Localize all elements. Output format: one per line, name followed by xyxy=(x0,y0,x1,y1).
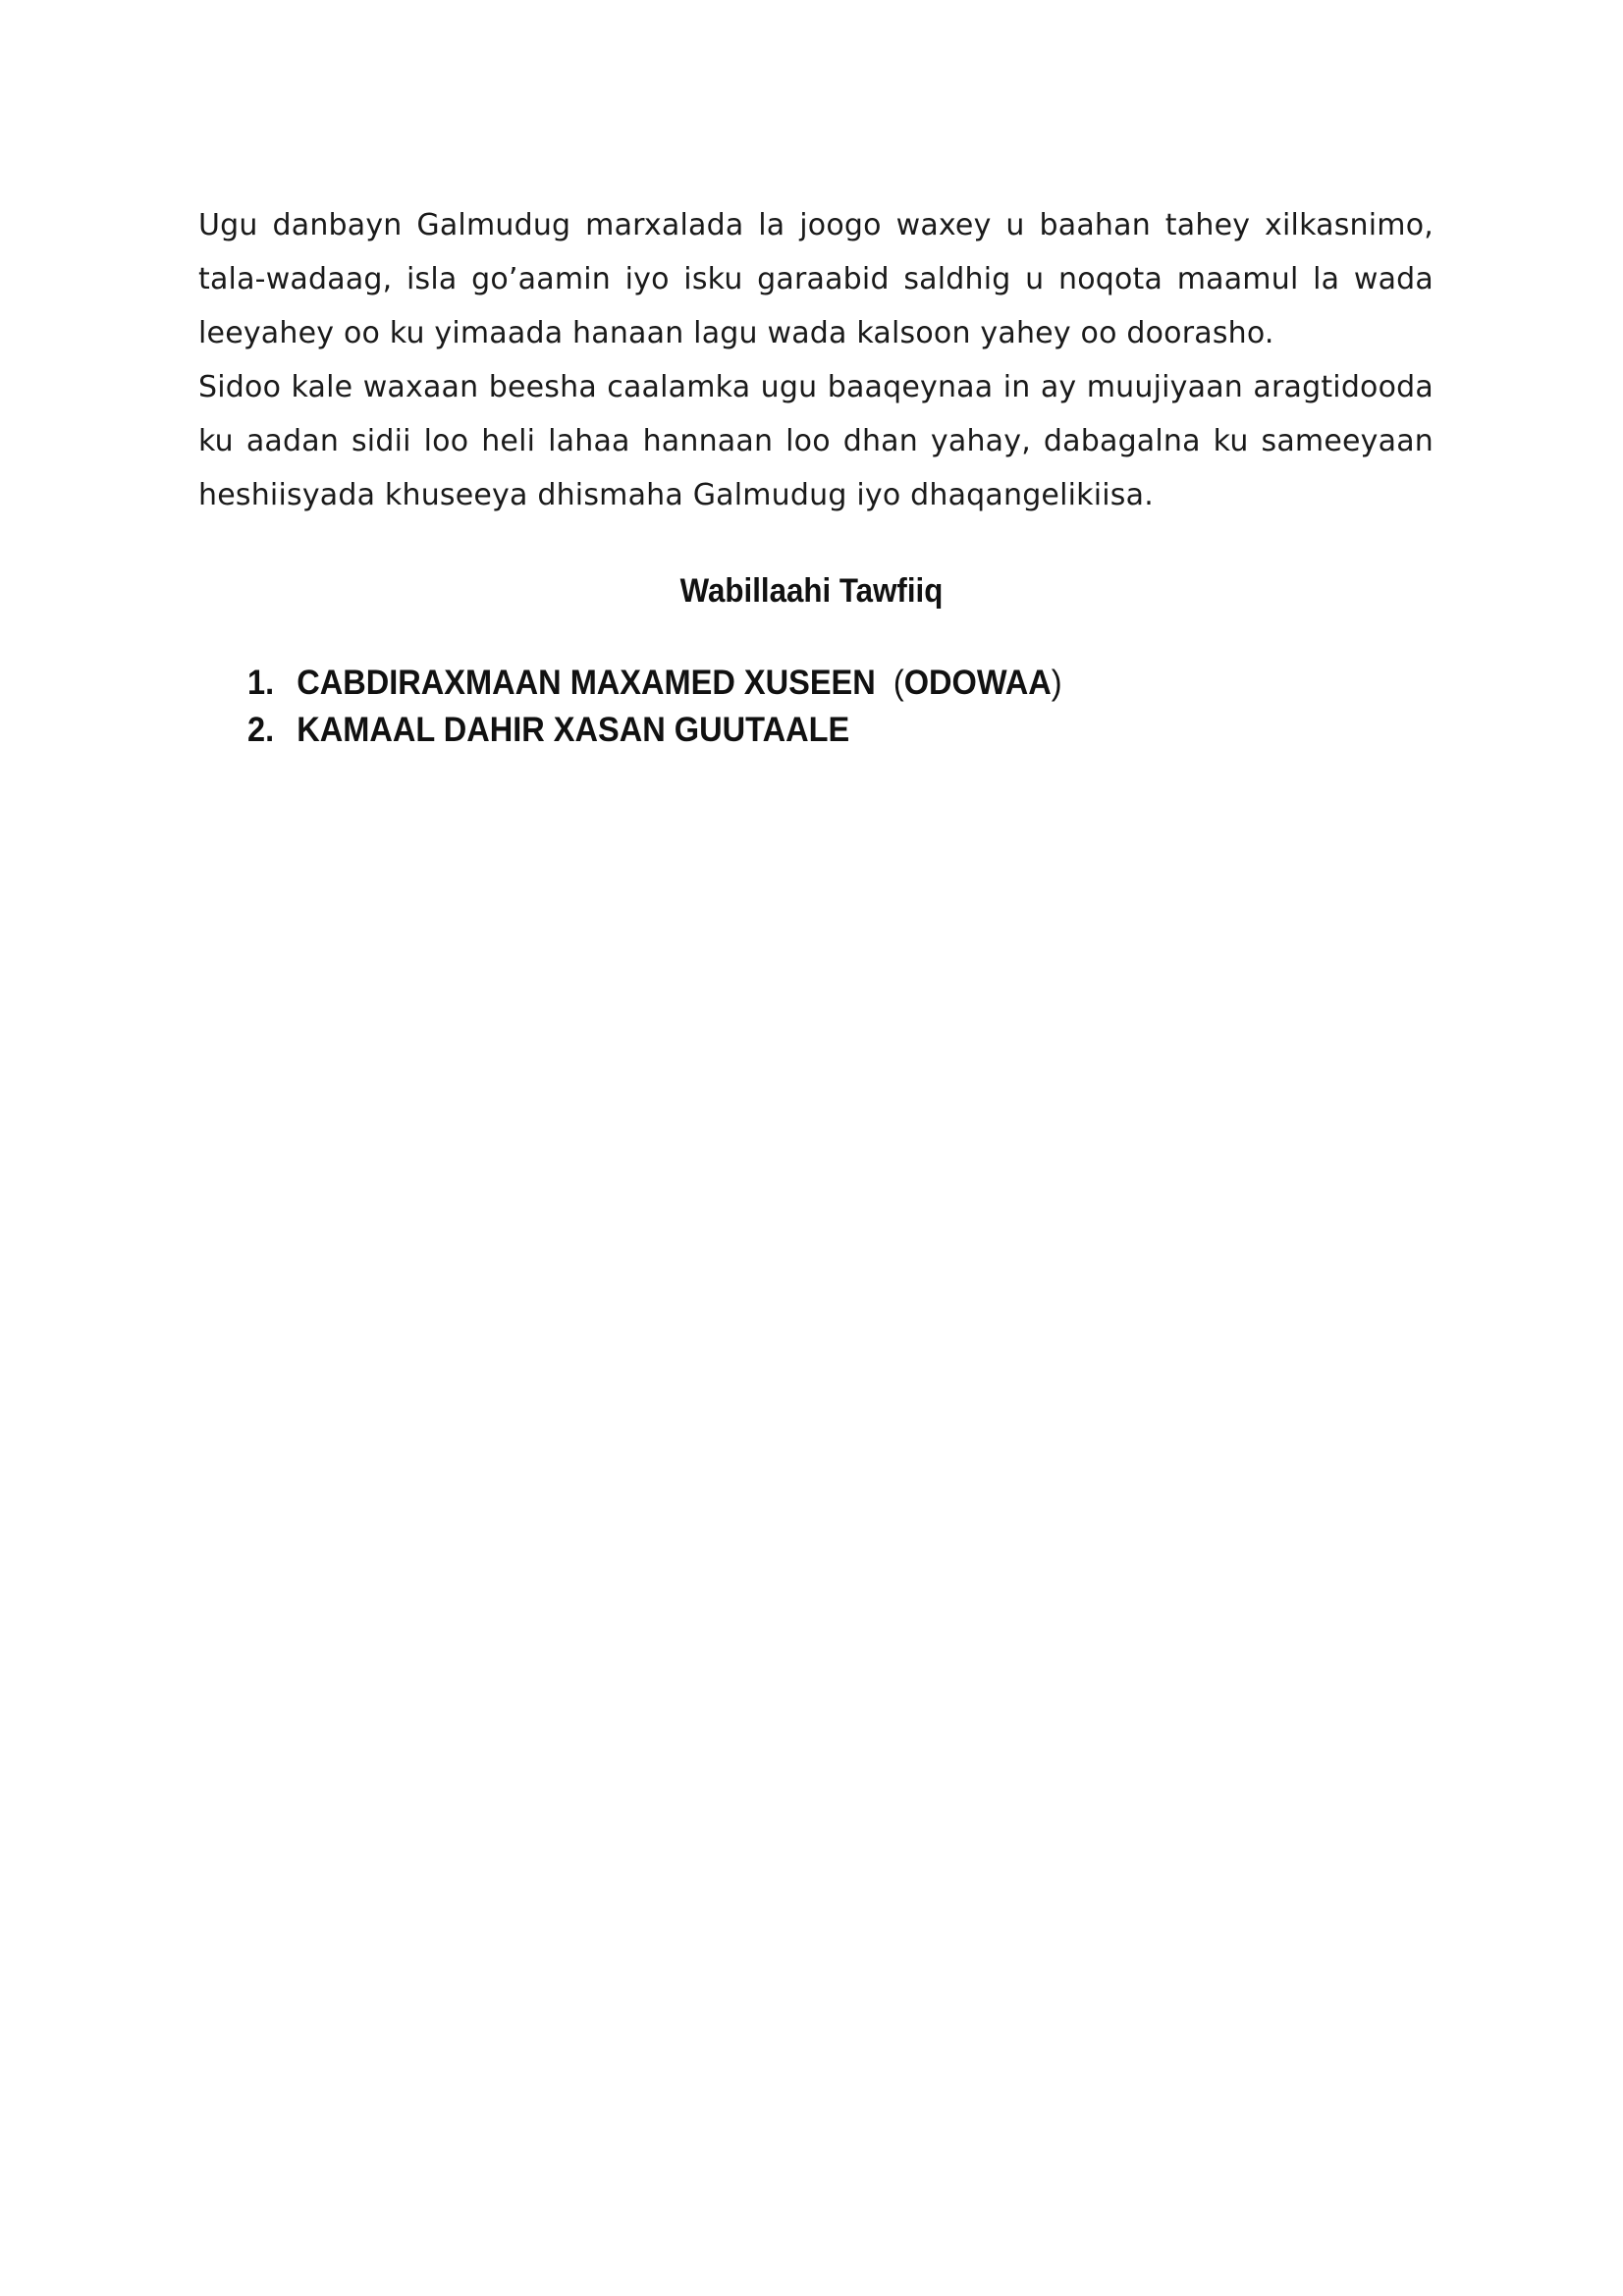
signatory-name: KAMAAL DAHIR XASAN GUUTAALE xyxy=(297,707,849,754)
signatory-item: 1. CABDIRAXMAAN MAXAMED XUSEEN (ODOWAA) xyxy=(247,660,1062,707)
signatory-alias: ODOWAA xyxy=(904,664,1052,702)
body-text: Ugu danbayn Galmudug marxalada la joogo … xyxy=(198,198,1434,522)
open-paren: ( xyxy=(885,664,904,702)
signatories-list: 1. CABDIRAXMAAN MAXAMED XUSEEN (ODOWAA) … xyxy=(247,660,1062,754)
signatory-item: 2. KAMAAL DAHIR XASAN GUUTAALE xyxy=(247,707,1062,754)
document-page: Ugu danbayn Galmudug marxalada la joogo … xyxy=(0,0,1623,2296)
closing-salutation: Wabillaahi Tawfiiq xyxy=(65,569,1558,613)
signatory-number: 1. xyxy=(247,660,297,707)
paragraph-international-appeal: Sidoo kale waxaan beesha caalamka ugu ba… xyxy=(198,360,1434,522)
paragraph-conclusion: Ugu danbayn Galmudug marxalada la joogo … xyxy=(198,198,1434,360)
close-paren: ) xyxy=(1052,664,1062,702)
signatory-name: CABDIRAXMAAN MAXAMED XUSEEN (ODOWAA) xyxy=(297,660,1061,707)
signatory-number: 2. xyxy=(247,707,297,754)
